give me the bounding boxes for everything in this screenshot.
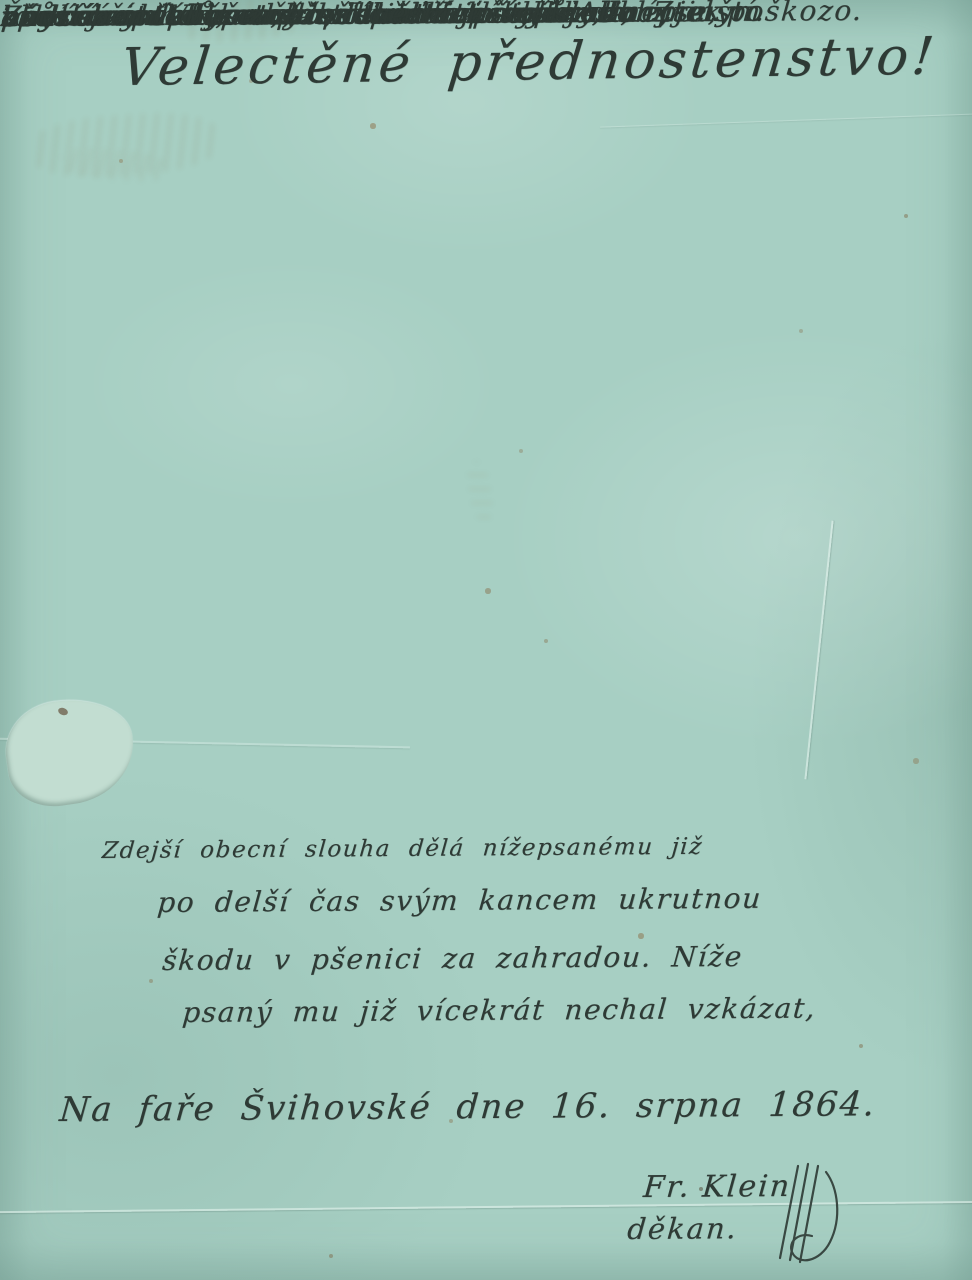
letter-dateline: Na faře Švihovské dne 16. srpna 1864. bbox=[58, 1084, 878, 1130]
letter-salutation: Velectěné přednostenstvo! bbox=[118, 27, 940, 98]
letter-body-line: psaný mu již vícekrát nechal vzkázat, bbox=[181, 992, 818, 1029]
letter-body-line: způsobem důrazně potrestá. bbox=[0, 0, 466, 33]
letter-body-line: škodu v pšenici za zahradou. Níže bbox=[161, 940, 744, 977]
paper-tear bbox=[0, 692, 141, 813]
letter-page: Velectěné přednostenstvo! Zdejší obecní … bbox=[0, 0, 972, 1280]
signature-title: děkan. bbox=[626, 1211, 739, 1246]
letter-body-line: Zdejší obecní slouha dělá nížepsanému ji… bbox=[101, 834, 704, 864]
paper-crease bbox=[600, 113, 972, 127]
ink-bleedthrough-smudge bbox=[464, 460, 496, 523]
paper-crease bbox=[804, 521, 833, 780]
letter-body-line: po delší čas svým kancem ukrutnou bbox=[156, 882, 763, 919]
signature-flourish-icon bbox=[768, 1158, 858, 1278]
